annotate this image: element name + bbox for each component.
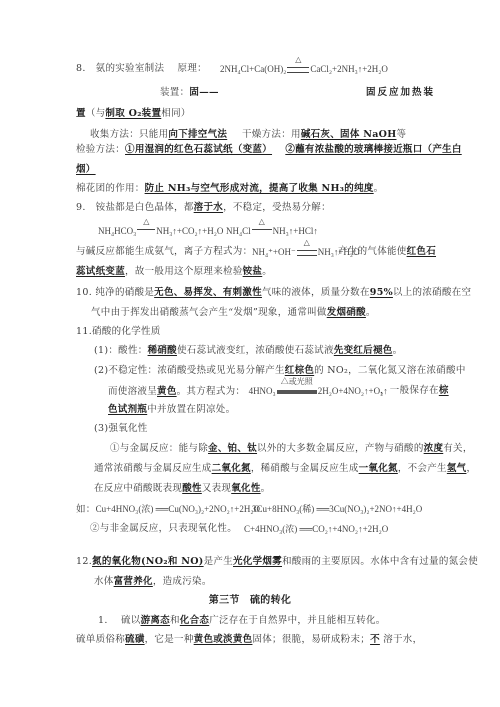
text: 水体	[94, 576, 114, 587]
key-term: 溶于水	[194, 202, 223, 213]
s11-acidity: (1)：酸性：稀硝酸使石蕊试液变红，浓硝酸使石蕊试液先变红后褪色。	[94, 345, 402, 357]
s11-metal-reaction-cont2: 在反应中硝酸既表现酸性又表现氧化性。	[94, 483, 270, 495]
key-term: 铵盐	[243, 266, 263, 277]
label: 装置：	[160, 87, 189, 98]
key-term: 黄色	[157, 386, 177, 397]
copper-dilute-equation: 3Cu+8HNO₃(稀) ══3Cu(NO₃)₂+2NO↑+4H₂O	[252, 504, 422, 514]
text: 。其方程式为：	[177, 386, 246, 397]
s11-metal-reaction-cont: 通常浓硝酸与金属反应生成二氧化氮，稀硝酸与金属反应生成一氧化氮，不会产生氢气，	[94, 463, 476, 475]
s8-principle-line: 8. 氨的实验室制法 原理：	[76, 63, 207, 75]
s11-title: 11.硝酸的化学性质	[76, 326, 161, 338]
copper-conc-equation: Cu+4HNO₃(浓) ══Cu(NO₃)₂+2NO₂↑+2H₂O	[96, 504, 260, 514]
key-term: 蕊试纸变蓝	[76, 266, 125, 277]
text: 相同）	[161, 108, 190, 119]
key-term: ①用湿润的红色石蕊试纸（变蓝）	[125, 144, 272, 155]
text: 铵盐都是白色晶体，都	[96, 202, 194, 213]
text: ，它是一种	[145, 634, 194, 645]
text: 。	[393, 345, 403, 356]
eq-left: 2NH₄Cl+Ca(OH)₂	[220, 64, 286, 74]
key-term: 红色石	[407, 246, 436, 257]
text: 以上的浓硝酸在空	[393, 287, 471, 298]
s9-intro: 9. 铵盐都是白色晶体，都溶于水，不稳定，受热易分解：	[76, 202, 331, 214]
label: 检验方法：	[76, 144, 125, 155]
reaction-arrow: △	[252, 225, 272, 237]
text: 纯净的硝酸是	[95, 287, 154, 298]
s9-gas-line-cont: 蕊试纸变蓝，故一般用这个原理来检验铵盐。	[76, 266, 272, 278]
key-term: 棕	[439, 385, 449, 396]
eq-left: 4HNO₃	[249, 386, 276, 396]
label: (1)：酸性：	[94, 345, 148, 356]
text: 气味的液体，质量分数在	[262, 287, 370, 298]
sulfur-line-2: 硫单质俗称硫磺，它是一种黄色或淡黄色固体；很脆，易研成粉末；不 溶于水，	[76, 634, 422, 646]
text: 等	[397, 129, 407, 140]
eq-right: NH₃↑+CO₂↑+H₂O	[156, 226, 223, 236]
key-term: 发烟硝酸	[327, 307, 366, 318]
key-term: 无色、易挥发、有刺激性	[154, 287, 262, 298]
text: 是产生	[204, 556, 233, 567]
eq-right: CaCl₂+2NH₃↑+2H₂O	[310, 64, 388, 74]
reaction-arrow: △	[287, 63, 309, 75]
s9-decomp-eq-1: NH₄HCO₃△NH₃↑+CO₂↑+H₂O	[98, 225, 223, 237]
item-number: 10.	[76, 287, 92, 298]
text: 气中由于挥发出硝酸蒸气会产生“发烟”现象，通常叫做	[91, 307, 327, 318]
s12-line-2: 水体富营养化，造成污染。	[94, 576, 212, 588]
eq-condition: △	[287, 54, 309, 66]
text: 有关，	[443, 443, 472, 454]
text: ，故一般用这个原理来检验	[125, 266, 243, 277]
label: 如：	[76, 504, 96, 515]
s11-nonmetal: ②与非金属反应，只表现氧化性。	[90, 523, 237, 535]
text: 硫单质俗称	[76, 634, 125, 645]
s8-device-note: 置（与制取 O₂装置相同）	[76, 108, 191, 120]
s8-test-line: 检验方法：①用湿润的红色石蕊试纸（变蓝） ②蘸有浓盐酸的玻璃棒接近瓶口（产生白	[76, 144, 462, 156]
text: 固体；很脆，易研成粉末；	[252, 634, 370, 645]
s9-decomp-eq-2: NH₄Cl△NH₃↑+HCl↑	[226, 225, 318, 237]
eq-right: 2H₂O+4NO₂↑+O₂↑	[318, 386, 388, 396]
reaction-arrow: △或光照	[277, 385, 317, 397]
text: 广泛存在于自然界中，并且能相互转化。	[209, 615, 385, 626]
sulfur-line-1: 1. 硫以游离态和化合态广泛存在于自然界中，并且能相互转化。	[98, 615, 386, 627]
text: 。	[261, 483, 271, 494]
s11-metal-reaction: ①与金属反应：能与除金、铂、钛以外的大多数金属反应，产物与硝酸的浓度有关，	[110, 443, 473, 455]
s10-line-1: 10. 纯净的硝酸是无色、易挥发、有刺激性气味的液体，质量分数在95%以上的浓硝…	[76, 287, 471, 299]
label: (3)强氧化性	[94, 423, 148, 434]
s11-storage-cont: 色试剂瓶中并放置在阴凉处。	[108, 404, 235, 416]
s11-carbon-equation: C+4HNO₃(浓) ══CO₂↑+4NO₂↑+2H₂O	[244, 523, 388, 535]
key-term: 富营养化	[114, 576, 153, 587]
text: 硫以	[121, 615, 141, 626]
item-number: 12.	[76, 556, 92, 567]
s12-line-1: 12.氮的氧化物(NO₂和 NO)是产生光化学烟雾和酸雨的主要原因。水体中含有过…	[76, 556, 478, 568]
key-term: 不	[370, 634, 380, 645]
text: 中并放置在阴凉处。	[147, 404, 235, 415]
text: 和	[170, 615, 180, 626]
bold-text: 置	[76, 108, 86, 119]
key-term: 氮的氧化物(NO₂和 NO)	[92, 556, 204, 567]
heading: 氨的实验室制法	[96, 63, 165, 74]
text: 以外的大多数金属反应，产物与硝酸的	[257, 443, 424, 454]
s8-principle-equation: 2NH₄Cl+Ca(OH)₂△CaCl₂+2NH₃↑+2H₂O	[220, 63, 388, 75]
decomposition-equation: 4HNO₃△或光照2H₂O+4NO₂↑+O₂↑	[249, 386, 388, 396]
s11-instability-cont: 而使溶液呈黄色。其方程式为： 4HNO₃△或光照2H₂O+4NO₂↑+O₂↑	[108, 385, 388, 398]
key-term: 化合态	[180, 615, 209, 626]
bold-text: 固反应加热装	[366, 87, 435, 98]
text: （与	[86, 108, 106, 119]
s8-device-line: 装置：固——	[160, 87, 219, 99]
label: (2)不稳定性：浓硝酸受热或见光易分解产生	[94, 365, 285, 376]
s8-test-line-cont: 烟）	[76, 164, 104, 176]
text: ，不会产生	[398, 463, 447, 474]
text: ，	[466, 463, 476, 474]
s8-dry-line: 干燥方法：用碱石灰、固体 NaOH等	[242, 129, 406, 141]
key-term: 二氧化氮	[212, 463, 251, 474]
key-term: 光化学烟雾	[233, 556, 282, 567]
item-number: 8.	[76, 63, 86, 74]
key-term: 氧化性	[231, 483, 260, 494]
s11-storage: ，一般保存在棕	[380, 385, 449, 397]
text: ①与金属反应：能与除	[110, 443, 208, 454]
eq-left: NH₄Cl	[226, 226, 251, 236]
text: 。	[374, 183, 384, 194]
label: 原理：	[178, 63, 207, 74]
eq-condition: △	[252, 216, 272, 228]
s8-device-tail: 固反应加热装	[366, 87, 435, 99]
key-term: 氢气	[447, 463, 467, 474]
text: 溶于水，	[383, 634, 422, 645]
text: 通常浓硝酸与金属反应生成	[94, 463, 212, 474]
key-term: 酸性	[182, 483, 202, 494]
text: 产生的气体能使	[338, 246, 407, 257]
label: 收集方法：只能用	[90, 129, 168, 140]
text: ，一般保存在	[380, 385, 439, 396]
reaction-arrow: △	[137, 225, 155, 237]
item-number: 1.	[98, 615, 108, 626]
key-term: 向下排空气法	[168, 129, 227, 140]
key-term: 先变红后褪色	[334, 345, 393, 356]
text: 又表现	[202, 483, 231, 494]
label: 干燥方法：用	[242, 129, 301, 140]
heading: 硝酸的化学性质	[92, 326, 161, 337]
s9-gas-line: 产生的气体能使红色石	[338, 246, 436, 258]
text: 在反应中硝酸既表现	[94, 483, 182, 494]
text: 。	[262, 266, 272, 277]
s11-oxidizing-title: (3)强氧化性	[94, 423, 148, 435]
text: 和酸雨的主要原因。水体中含有过量的氮会使	[282, 556, 478, 567]
s8-cotton-line: 棉花团的作用：防止 NH₃与空气形成对流，提高了收集 NH₃的纯度。	[76, 183, 383, 195]
key-term: 浓度	[424, 443, 444, 454]
carbon-equation: C+4HNO₃(浓) ══CO₂↑+4NO₂↑+2H₂O	[244, 524, 388, 534]
key-term: 稀硝酸	[148, 345, 177, 356]
eq-condition: △	[137, 216, 155, 228]
section-title: 第三节 硫的转化	[0, 595, 500, 607]
text: 而使溶液呈	[108, 386, 157, 397]
s10-line-2: 气中由于挥发出硝酸蒸气会产生“发烟”现象，通常叫做发烟硝酸。	[91, 307, 376, 319]
s11-example-2: 3Cu+8HNO₃(稀) ══3Cu(NO₃)₂+2NO↑+4H₂O	[252, 503, 422, 515]
text: ，造成污染。	[153, 576, 212, 587]
label: 棉花团的作用：	[76, 183, 145, 194]
bold-text: 固——	[189, 87, 218, 98]
text: 。	[366, 307, 376, 318]
section-heading: 第三节 硫的转化	[209, 595, 291, 606]
key-term: 防止 NH₃与空气形成对流，提高了收集 NH₃的纯度	[145, 183, 374, 194]
key-term: 游离态	[141, 615, 170, 626]
eq-condition: △	[297, 237, 317, 249]
text: 的 NO₂，二氧化氮又溶在浓硝酸中	[314, 365, 466, 376]
eq-right: NH₃↑+HCl↑	[273, 226, 318, 236]
key-term: 硫磺	[125, 634, 145, 645]
key-term: 烟）	[76, 164, 104, 175]
key-term: 95%	[370, 287, 393, 298]
key-term: ②蘸有浓盐酸的玻璃棒接近瓶口（产生白	[285, 144, 461, 155]
text: ，稀硝酸与金属反应生成	[251, 463, 359, 474]
eq-left: NH₄HCO₃	[98, 226, 136, 236]
s11-examples: 如：Cu+4HNO₃(浓) ══Cu(NO₃)₂+2NO₂↑+2H₂O	[76, 503, 260, 516]
text: ②与非金属反应，只表现氧化性。	[90, 523, 237, 534]
key-term: 制取 O₂装置	[105, 108, 161, 119]
s8-collect-line: 收集方法：只能用向下排空气法	[90, 129, 227, 141]
item-number: 9.	[76, 202, 86, 213]
eq-condition: △或光照	[277, 376, 317, 388]
text: ，不稳定，受热易分解：	[223, 202, 331, 213]
key-term: 一氧化氮	[359, 463, 398, 474]
reaction-arrow: △	[297, 246, 317, 258]
key-term: 色试剂瓶	[108, 404, 147, 415]
key-term: 黄色或淡黄色	[194, 634, 253, 645]
s9-alkali-line: 与碱反应都能生成氨气，离子方程式为：	[76, 246, 252, 258]
text: 使石蕊试液变红，浓硝酸使石蕊试液	[177, 345, 334, 356]
key-term: 碱石灰、固体 NaOH	[301, 129, 397, 140]
key-term: 金、铂、钛	[208, 443, 257, 454]
key-term: 红棕色	[285, 365, 314, 376]
eq-left: NH₄⁺+OH⁻	[252, 247, 296, 257]
text: 与碱反应都能生成氨气，离子方程式为：	[76, 246, 252, 257]
item-number: 11.	[76, 326, 92, 337]
